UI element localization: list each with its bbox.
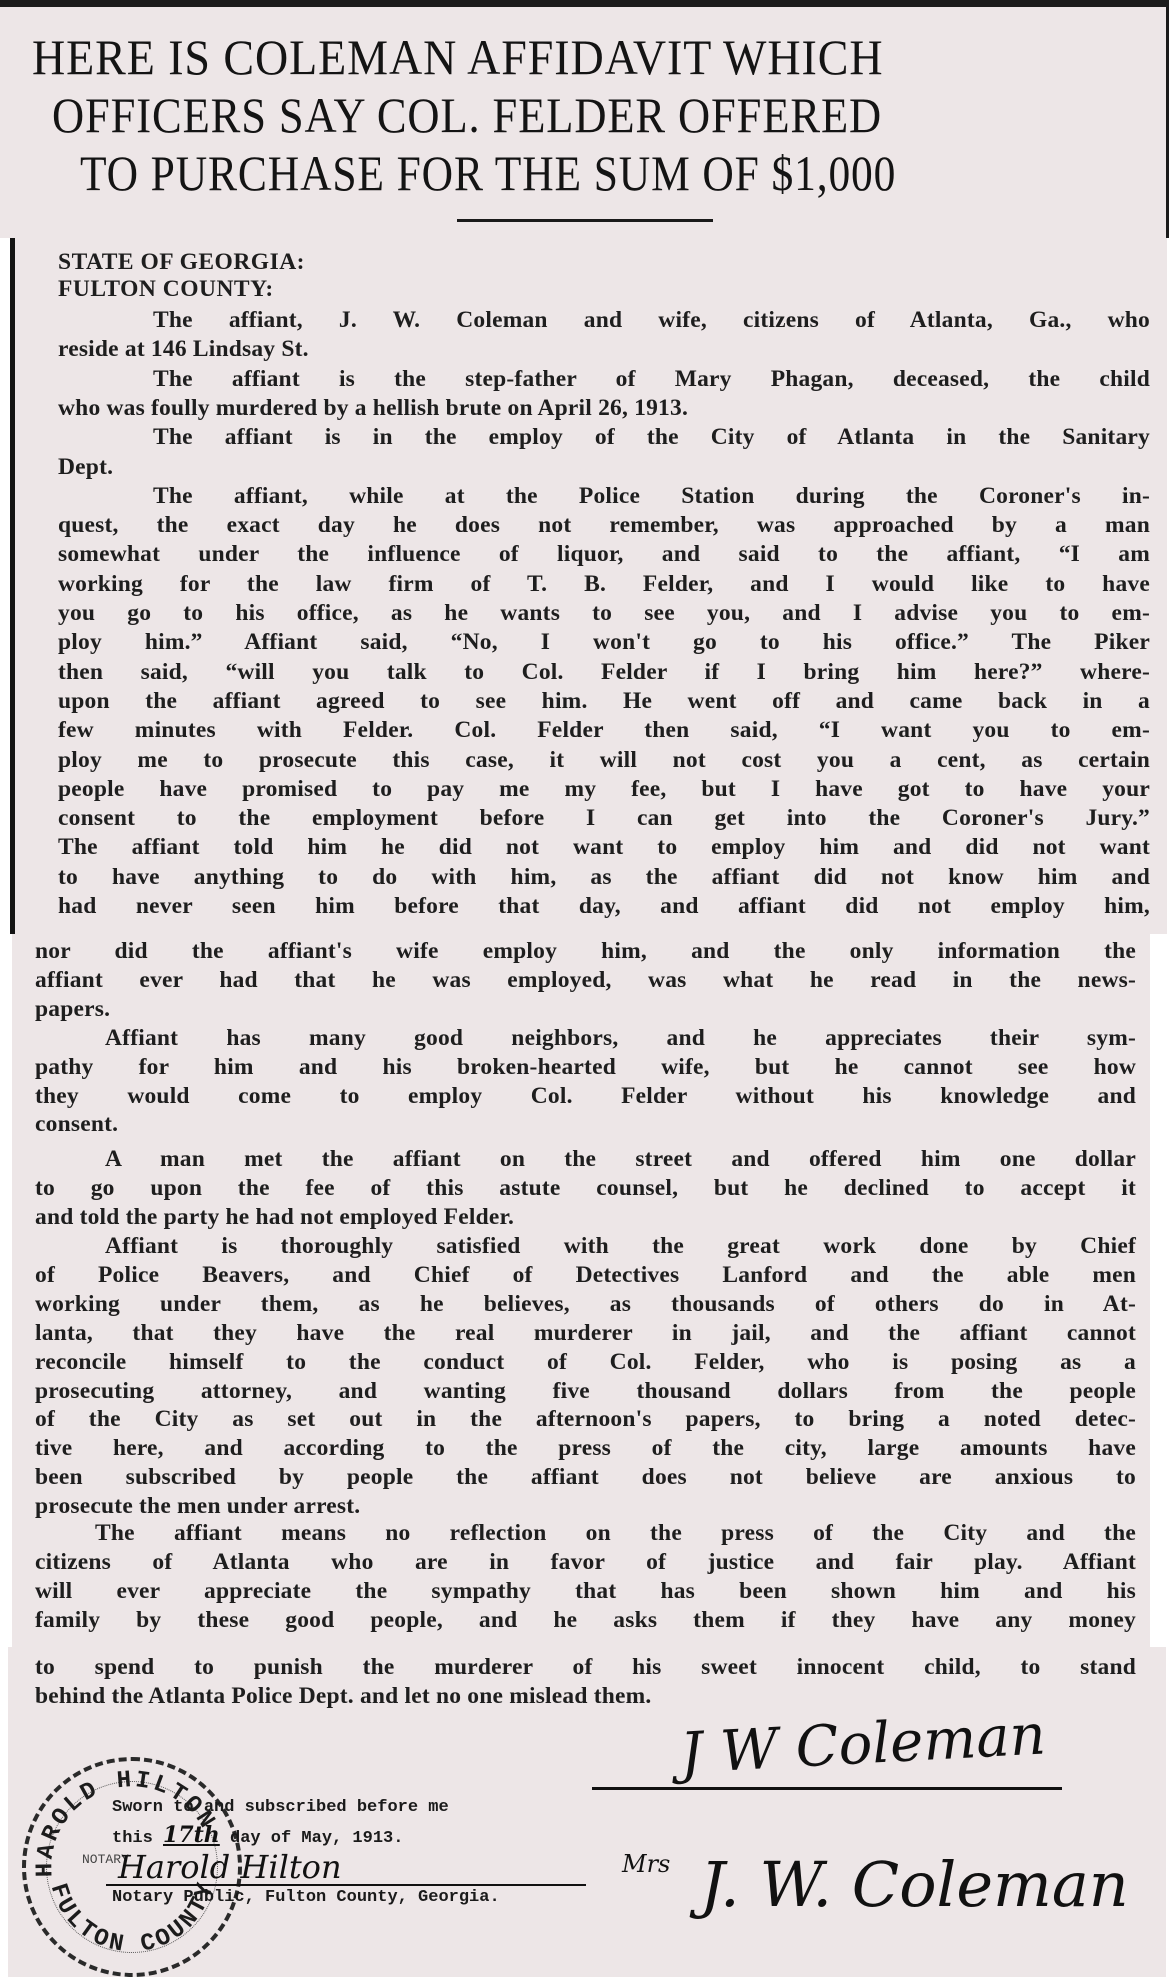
text-line: prosecute the men under arrest. (35, 1492, 1136, 1521)
notary-signature-line (106, 1884, 586, 1886)
text-line: The affiant is the step-father of Mary P… (153, 365, 1150, 394)
text-line: ploy him.” Affiant said, “No, I won't go… (58, 628, 1150, 657)
text-line: and told the party he had not employed F… (35, 1203, 1136, 1232)
notary-title: Notary Public, Fulton County, Georgia. (112, 1888, 500, 1907)
sworn-date: this 17th day of May, 1913. (112, 1822, 403, 1848)
top-rule (0, 0, 1169, 7)
text-line: who was foully murdered by a hellish bru… (58, 394, 1150, 423)
headline-line-2: OFFICERS SAY COL. FELDER OFFERED (52, 90, 1090, 140)
text-line: working under them, as he believes, as t… (35, 1290, 1136, 1319)
text-line: prosecuting attorney, and wanting five t… (35, 1377, 1136, 1406)
signature-wife: J. W. Coleman (700, 1848, 1129, 1921)
text-line: lanta, that they have the real murderer … (35, 1319, 1136, 1348)
text-line: pathy for him and his broken-hearted wif… (35, 1053, 1136, 1082)
signature-line (592, 1787, 1062, 1790)
headline-block: HERE IS COLEMAN AFFIDAVIT WHICH OFFICERS… (0, 0, 1169, 238)
sworn-statement: Sworn to and subscribed before me (112, 1798, 449, 1817)
notary-signature: Harold Hilton (118, 1848, 342, 1886)
text-line: ploy me to prosecute this case, it will … (58, 746, 1150, 775)
text-line: Affiant has many good neighbors, and he … (105, 1024, 1136, 1053)
text-line: family by these good people, and he asks… (35, 1606, 1136, 1635)
text-line: upon the affiant agreed to see him. He w… (58, 687, 1150, 716)
text-line: The affiant, while at the Police Station… (153, 482, 1150, 511)
text-line: you go to his office, as he wants to see… (58, 599, 1150, 628)
text-line: consent. (35, 1110, 1136, 1139)
text-line: somewhat under the influence of liquor, … (58, 540, 1150, 569)
text-line: working for the law firm of T. B. Felder… (58, 570, 1150, 599)
text-line: to go upon the fee of this astute counse… (35, 1174, 1136, 1203)
text-line: consent to the employment before I can g… (58, 804, 1150, 833)
text-line: The affiant, J. W. Coleman and wife, cit… (153, 306, 1150, 335)
text-line: reconcile himself to the conduct of Col.… (35, 1348, 1136, 1377)
text-line: citizens of Atlanta who are in favor of … (35, 1548, 1136, 1577)
date-day-handwritten: 17th (163, 1822, 220, 1848)
text-line: tive here, and according to the press of… (35, 1434, 1136, 1463)
text-line: to have anything to do with him, as the … (58, 863, 1150, 892)
text-line: quest, the exact day he does not remembe… (58, 511, 1150, 540)
text-line: will ever appreciate the sympathy that h… (35, 1577, 1136, 1606)
text-line: Affiant is thoroughly satisfied with the… (105, 1232, 1136, 1261)
text-line: of the City as set out in the afternoon'… (35, 1405, 1136, 1434)
text-line: papers. (35, 995, 1136, 1024)
text-line: been subscribed by people the affiant do… (35, 1463, 1136, 1492)
text-line: affiant ever had that he was employed, w… (35, 966, 1136, 995)
text-line: The affiant is in the employ of the City… (153, 423, 1150, 452)
text-line: The affiant told him he did not want to … (58, 833, 1150, 862)
text-line: of Police Beavers, and Chief of Detectiv… (35, 1261, 1136, 1290)
signature-wife-prefix: Mrs (622, 1850, 670, 1878)
headline-divider (457, 219, 713, 222)
text-line: to spend to punish the murderer of his s… (35, 1653, 1136, 1682)
headline-line-3: TO PURCHASE FOR THE SUM OF $1,000 (80, 148, 1094, 198)
text-line: people have promised to pay me my fee, b… (58, 775, 1150, 804)
text-line: reside at 146 Lindsay St. (58, 335, 1150, 364)
text-line: had never seen him before that day, and … (58, 892, 1150, 921)
text-line: Dept. (58, 453, 1150, 482)
headline-line-1: HERE IS COLEMAN AFFIDAVIT WHICH (32, 32, 1105, 82)
text-line: A man met the affiant on the street and … (105, 1145, 1136, 1174)
text-line: The affiant means no reflection on the p… (95, 1519, 1136, 1548)
text-line: few minutes with Felder. Col. Felder the… (58, 716, 1150, 745)
jurisdiction-county: FULTON COUNTY: (58, 275, 274, 304)
text-line: then said, “will you talk to Col. Felder… (58, 658, 1150, 687)
text-line: nor did the affiant's wife employ him, a… (35, 937, 1136, 966)
text-line: they would come to employ Col. Felder wi… (35, 1082, 1136, 1111)
jurisdiction-state: STATE OF GEORGIA: (58, 248, 305, 277)
